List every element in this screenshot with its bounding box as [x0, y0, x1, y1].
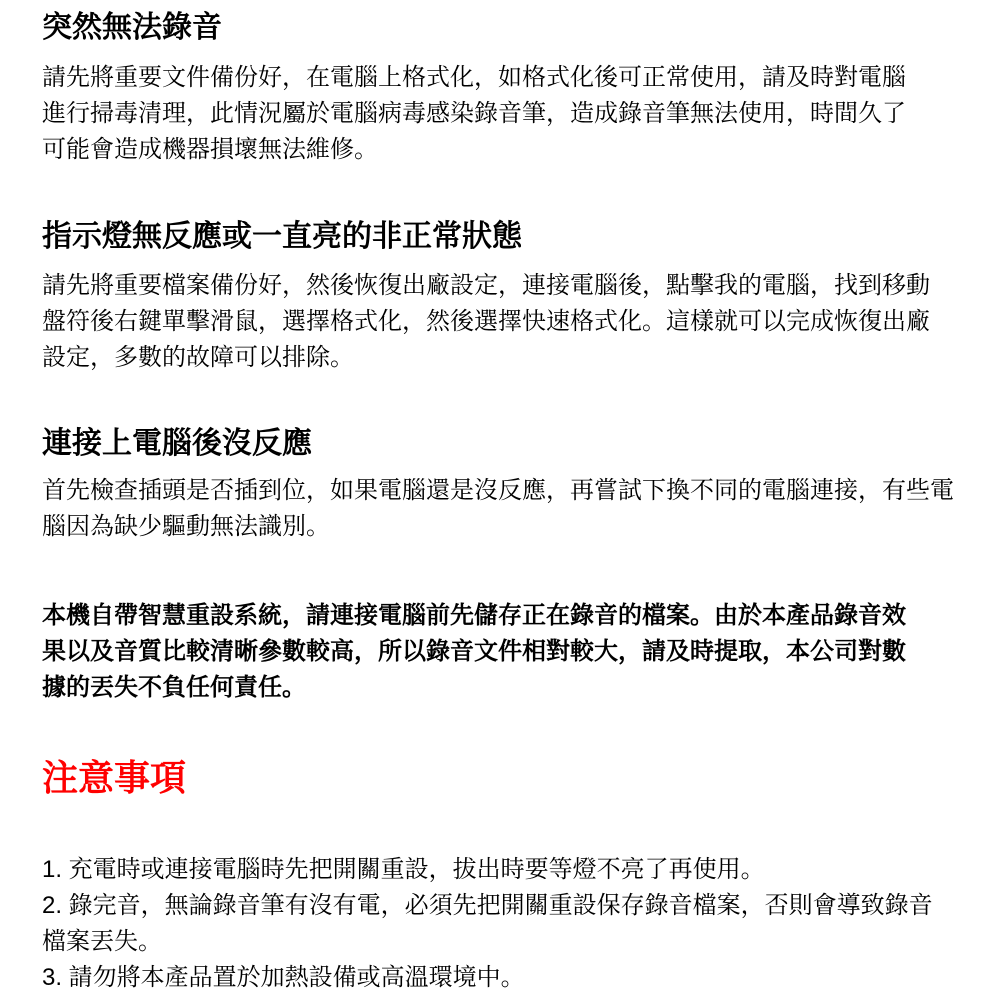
notice-item-2: 2. 錄完音，無論錄音筆有沒有電，必須先把開關重設保存錄音檔案，否則會導致錄音 …: [42, 888, 958, 960]
troubleshooting-document: 突然無法錄音 請先將重要文件備份好，在電腦上格式化，如格式化後可正常使用，請及時…: [0, 0, 1000, 1000]
section-body-cannot-record: 請先將重要文件備份好，在電腦上格式化，如格式化後可正常使用，請及時對電腦 進行掃…: [42, 60, 958, 168]
data-loss-warning-note: 本機自帶智慧重設系統，請連接電腦前先儲存正在錄音的檔案。由於本產品錄音效 果以及…: [42, 598, 958, 706]
notice-list: 1. 充電時或連接電腦時先把開關重設，拔出時要等燈不亮了再使用。 2. 錄完音，…: [42, 852, 958, 996]
section-title-indicator-light: 指示燈無反應或一直亮的非正常狀態: [42, 217, 958, 257]
notice-item-3: 3. 請勿將本產品置於加熱設備或高溫環境中。: [42, 960, 958, 996]
section-title-no-response: 連接上電腦後沒反應: [42, 424, 958, 464]
section-body-no-response: 首先檢查插頭是否插到位，如果電腦還是沒反應，再嘗試下換不同的電腦連接，有些電 腦…: [42, 473, 958, 545]
notice-item-1: 1. 充電時或連接電腦時先把開關重設，拔出時要等燈不亮了再使用。: [42, 852, 958, 888]
section-title-cannot-record: 突然無法錄音: [42, 8, 958, 48]
notice-title: 注意事項: [42, 755, 958, 801]
section-body-indicator-light: 請先將重要檔案備份好，然後恢復出廠設定，連接電腦後，點擊我的電腦，找到移動 盤符…: [42, 268, 958, 376]
